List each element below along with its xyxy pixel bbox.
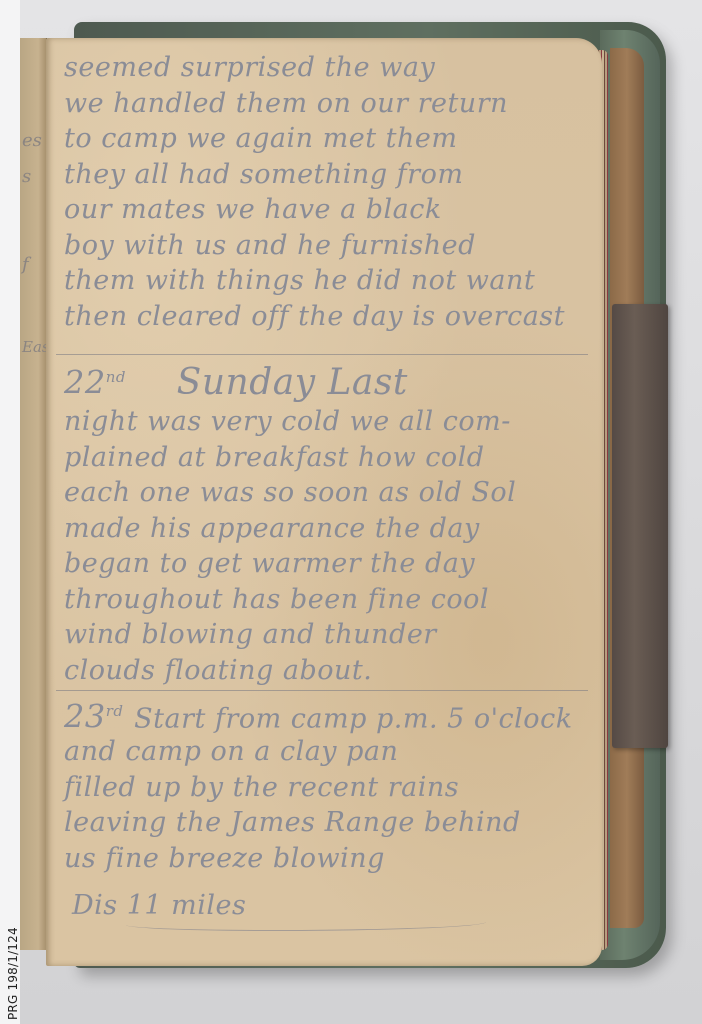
handwritten-line: filled up by the recent rains <box>64 770 592 806</box>
continued-entry: seemed surprised the way we handled them… <box>64 50 592 334</box>
previous-page-sliver: es s f Eas <box>20 38 47 950</box>
handwritten-line: we handled them on our return <box>64 86 592 122</box>
handwritten-line: our mates we have a black <box>64 192 592 228</box>
handwritten-line: each one was so soon as old Sol <box>64 475 592 511</box>
handwritten-line: seemed surprised the way <box>64 50 592 86</box>
handwritten-line: clouds floating about. <box>64 653 592 689</box>
entry-day-title: Sunday Last <box>177 362 408 403</box>
handwritten-line: made his appearance the day <box>64 511 592 547</box>
entry-23: 23rd Start from camp p.m. 5 o'clock and … <box>64 694 592 876</box>
handwritten-line: to camp we again met them <box>64 121 592 157</box>
handwritten-line: began to get warmer the day <box>64 546 592 582</box>
entry-date: 23 <box>64 698 106 736</box>
fragment-text: f <box>22 254 29 275</box>
entry-date-suffix: rd <box>106 702 124 720</box>
entry-heading: 23rd Start from camp p.m. 5 o'clock <box>64 694 592 734</box>
handwritten-line: us fine breeze blowing <box>64 841 592 877</box>
handwritten-line: and camp on a clay pan <box>64 734 592 770</box>
leather-strap <box>612 304 668 748</box>
handwritten-line: Start from camp p.m. 5 o'clock <box>134 704 572 735</box>
archive-reference: PRG 198/1/124 <box>6 927 20 1020</box>
handwritten-line: boy with us and he furnished <box>64 228 592 264</box>
diary-page: seemed surprised the way we handled them… <box>46 38 602 966</box>
handwritten-line: then cleared off the day is overcast <box>64 299 592 335</box>
entry-heading: 22nd Sunday Last <box>64 360 592 404</box>
entry-date-suffix: nd <box>106 368 126 386</box>
caption-strip: PRG 198/1/124 <box>0 0 20 1024</box>
closing-underline <box>126 916 486 931</box>
entry-divider <box>56 690 588 691</box>
entry-22: 22nd Sunday Last night was very cold we … <box>64 360 592 688</box>
handwritten-line: wind blowing and thunder <box>64 617 592 653</box>
handwritten-line: leaving the James Range behind <box>64 805 592 841</box>
fragment-text: s <box>22 166 31 187</box>
handwritten-line: plained at breakfast how cold <box>64 440 592 476</box>
handwritten-line: night was very cold we all com- <box>64 404 592 440</box>
fragment-text: es <box>22 130 42 151</box>
entry-divider <box>56 354 588 355</box>
handwritten-line: they all had something from <box>64 157 592 193</box>
handwritten-line: throughout has been fine cool <box>64 582 592 618</box>
handwritten-line: them with things he did not want <box>64 263 592 299</box>
entry-date: 22 <box>64 364 106 402</box>
